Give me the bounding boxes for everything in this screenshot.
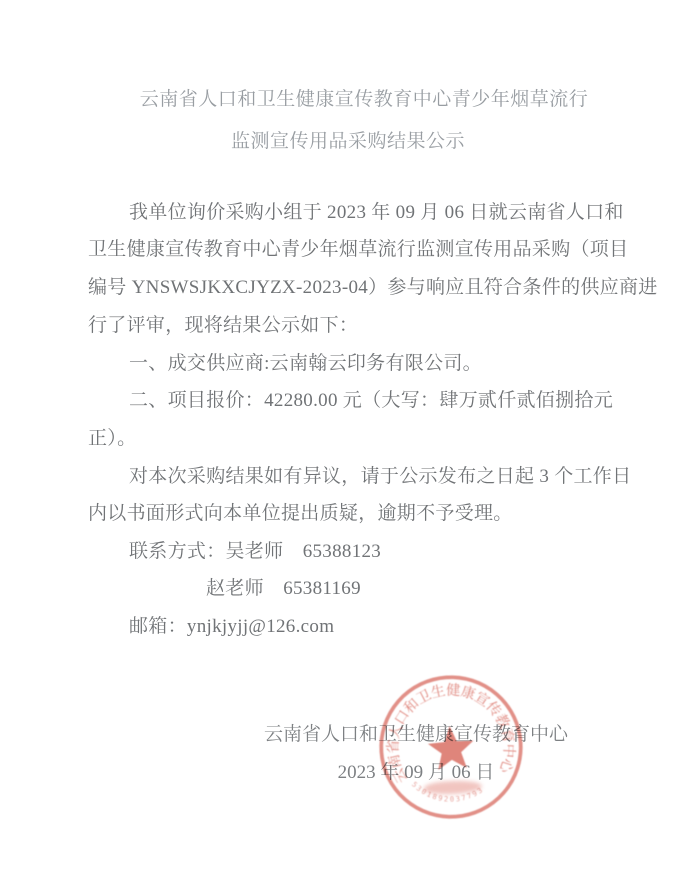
body-line-winning-supplier: 一、成交供应商:云南翰云印务有限公司。 bbox=[129, 348, 482, 375]
body-line: 我单位询价采购小组于 2023 年 09 月 06 日就云南省人口和 bbox=[129, 197, 624, 224]
body-line-objection-notice: 对本次采购结果如有异议，请于公示发布之日起 3 个工作日 bbox=[129, 461, 631, 488]
body-line: 卫生健康宣传教育中心青少年烟草流行监测宣传用品采购（项目 bbox=[88, 234, 628, 261]
body-line-email: 邮箱：ynjkjyjj@126.com bbox=[129, 611, 334, 638]
body-line-contact-wu: 联系方式：吴老师 65388123 bbox=[129, 536, 381, 563]
signature-organization: 云南省人口和卫生健康宣传教育中心 bbox=[216, 716, 616, 754]
body-line-contact-zhao: 赵老师 65381169 bbox=[206, 573, 361, 600]
body-line: 编号 YNSWSJKXCJYZX-2023-04）参与响应且符合条件的供应商进 bbox=[88, 272, 658, 299]
body-line: 内以书面形式向本单位提出质疑，逾期不予受理。 bbox=[88, 498, 513, 525]
signature-date: 2023 年 09 月 06 日 bbox=[216, 754, 616, 792]
document-page: 云南省人口和卫生健康宣传教育中心青少年烟草流行 监测宣传用品采购结果公示 我单位… bbox=[0, 0, 692, 894]
document-title-line-2: 监测宣传用品采购结果公示 bbox=[2, 126, 692, 153]
document-title-line-1: 云南省人口和卫生健康宣传教育中心青少年烟草流行 bbox=[18, 84, 692, 111]
body-line: 正）。 bbox=[88, 423, 136, 450]
signature-block: 云南省人口和卫生健康宣传教育中心 2023 年 09 月 06 日 bbox=[216, 716, 616, 792]
body-line-project-price: 二、项目报价：42280.00 元（大写：肆万贰仟贰佰捌拾元 bbox=[129, 385, 613, 412]
body-line: 行了评审，现将结果公示如下： bbox=[88, 310, 358, 337]
